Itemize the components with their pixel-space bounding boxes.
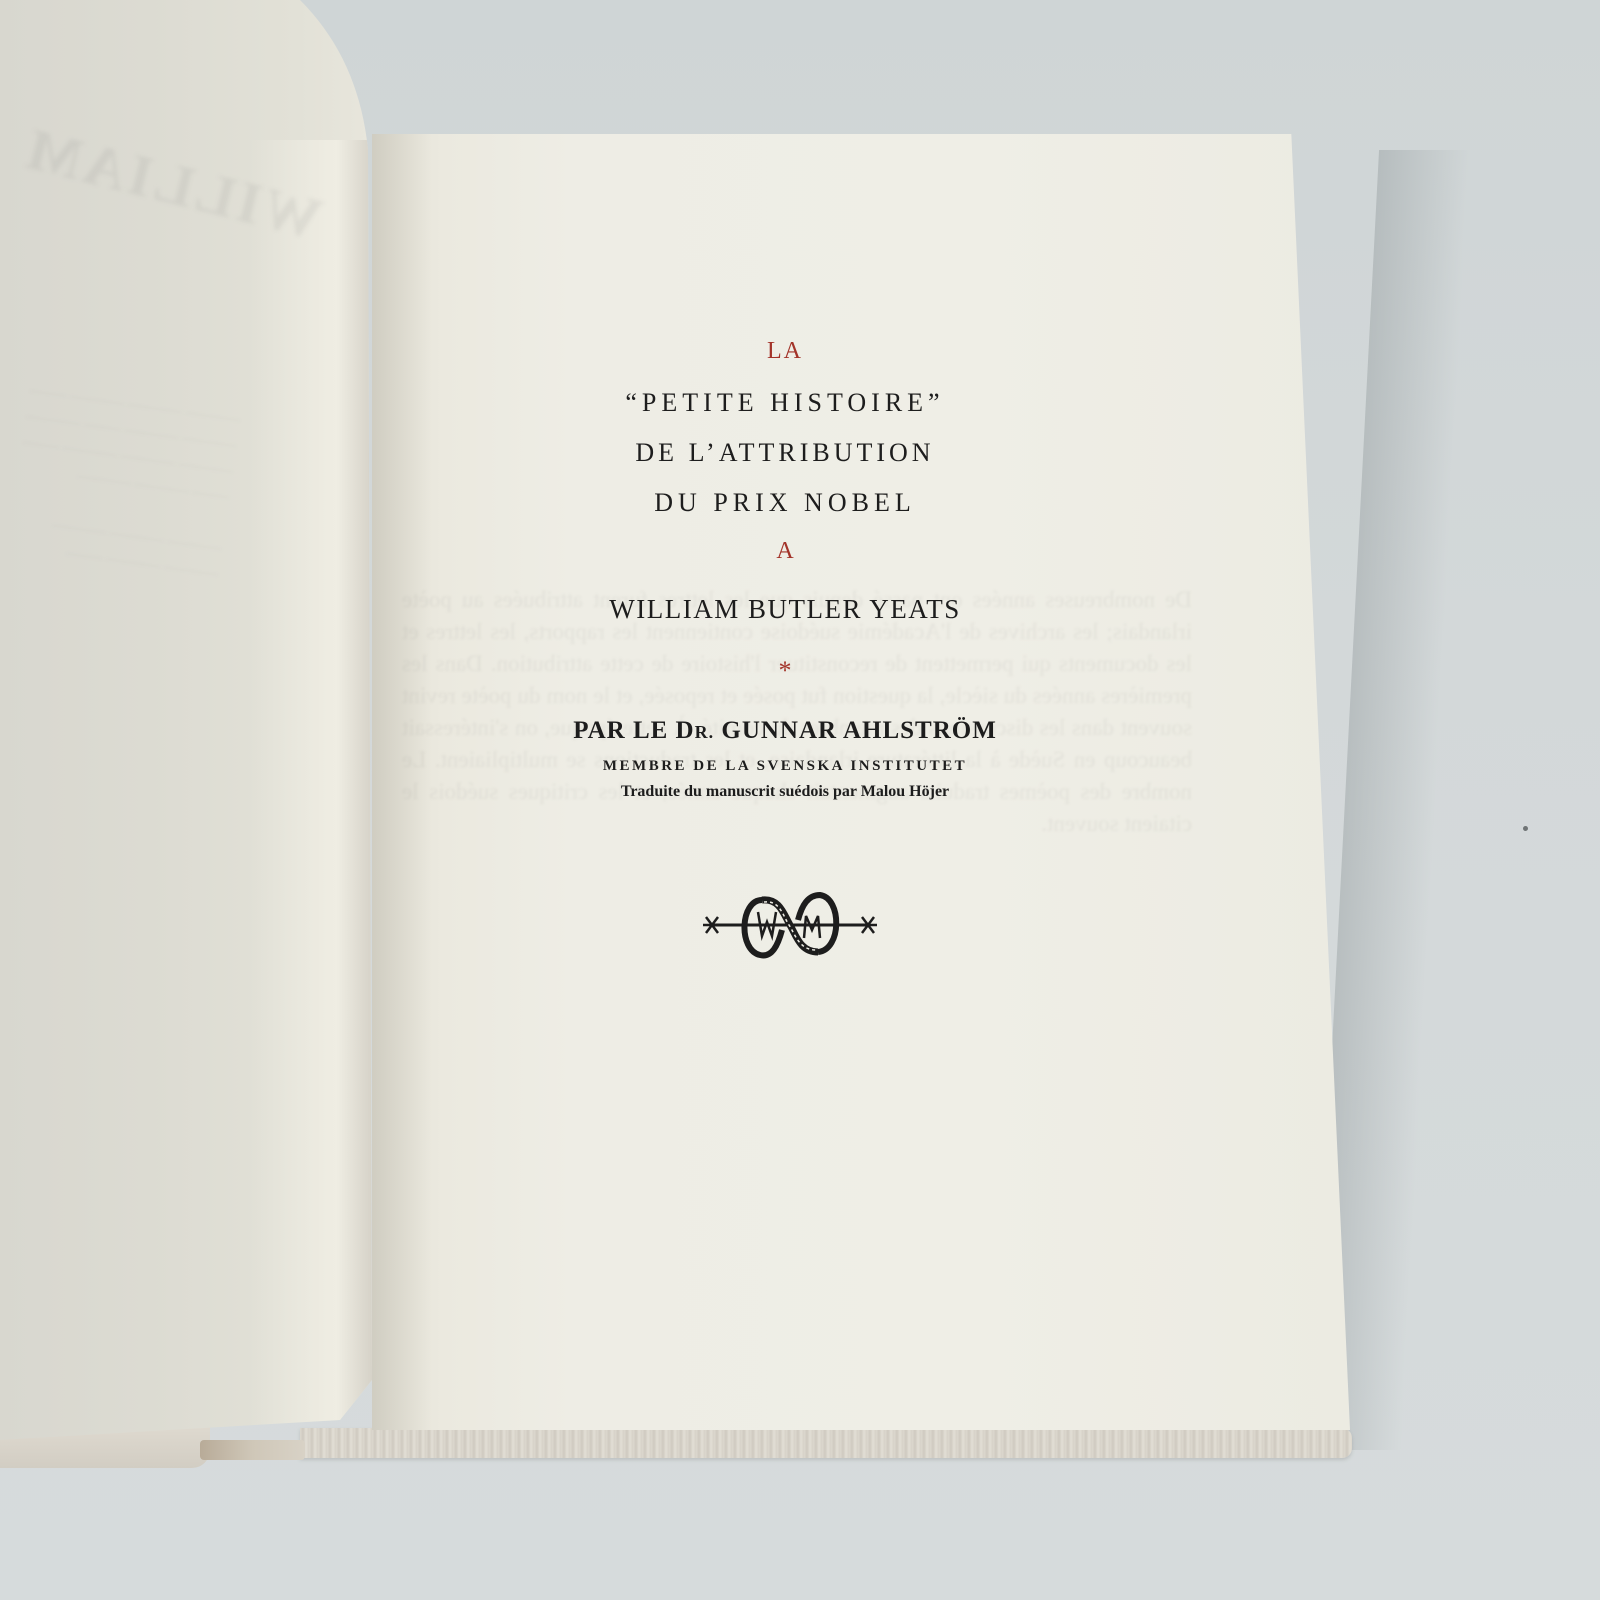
book-binding-edge [300, 1428, 1352, 1458]
spine-tear [200, 1440, 305, 1460]
subject-name: WILLIAM BUTLER YEATS [372, 594, 1198, 625]
title-line-prix-nobel: DU PRIX NOBEL [372, 488, 1198, 518]
ghost-paragraph: ——— ——— ——— ————— ——— —— —————— ——— ——— … [0, 376, 242, 587]
title-line-attribution: DE L’ATTRIBUTION [372, 438, 1198, 468]
title-page: De nombreuses années ont passé depuis qu… [372, 134, 1350, 1430]
ghost-heading: WILLIAM [16, 114, 328, 253]
dust-speck [1523, 826, 1528, 831]
facing-page-curled: WILLIAM ——— ——— ——— ————— ——— —— —————— … [0, 0, 372, 1440]
photo-scene: De nombreuses années ont passé depuis qu… [0, 0, 1600, 1600]
asterisk-separator-icon: * [372, 658, 1198, 684]
author-affiliation: MEMBRE DE LA SVENSKA INSTITUTET [372, 758, 1198, 775]
printer-mark-ornament-icon [700, 880, 880, 970]
title-line-la: LA [372, 338, 1198, 365]
author-title-abbrev: R. [695, 722, 715, 742]
title-line-a: A [372, 538, 1198, 565]
translator-credit: Traduite du manuscrit suédois par Malou … [372, 783, 1198, 801]
author-line: PAR LE DR. GUNNAR AHLSTRÖM [372, 717, 1198, 745]
title-line-petite-histoire: “PETITE HISTOIRE” [372, 388, 1198, 418]
page-curl-highlight [250, 140, 374, 1440]
author-prefix: PAR LE D [573, 717, 694, 744]
author-name: GUNNAR AHLSTRÖM [714, 717, 997, 744]
